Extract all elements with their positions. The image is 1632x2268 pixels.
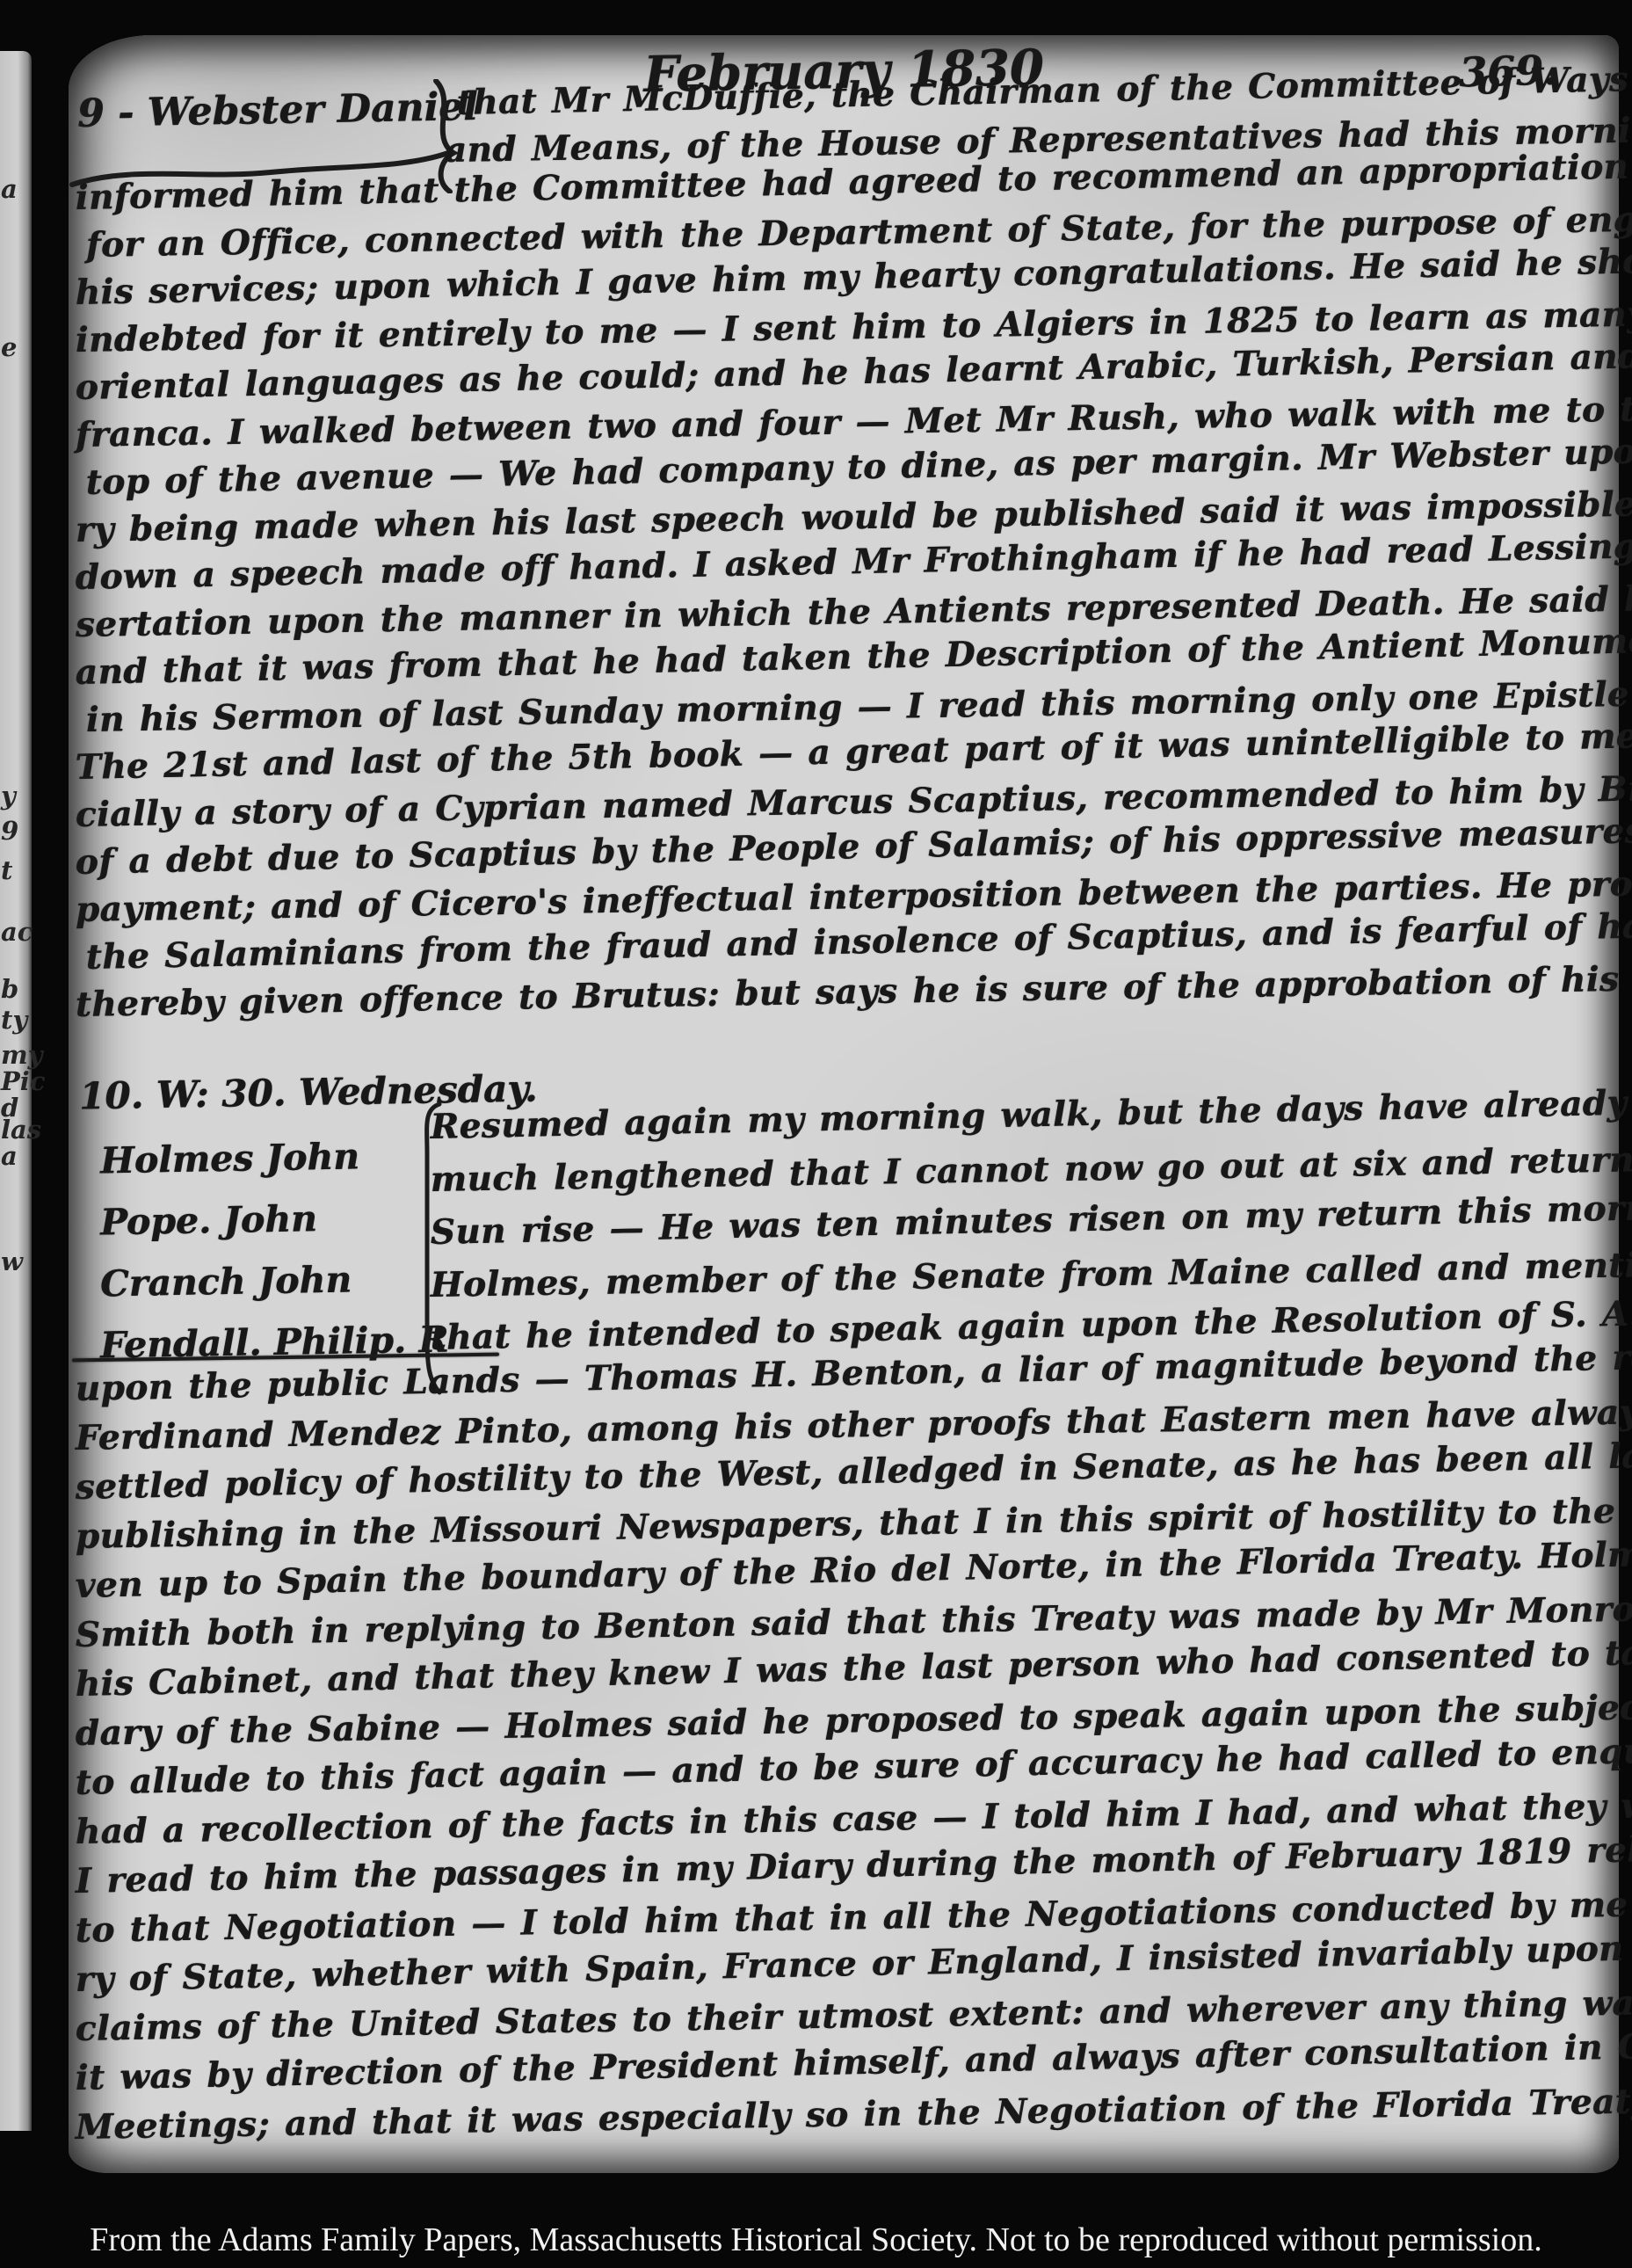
edge-text-fragment: y — [1, 781, 16, 811]
entry-1-text: that Mr McDuffie, the Chairman of the Co… — [76, 79, 1605, 1029]
manuscript-scan: a e y 9 t ac b ty my Pic d las a w Febru… — [0, 0, 1632, 2268]
facing-page-edge: a e y 9 t ac b ty my Pic d las a w — [0, 51, 32, 2131]
edge-text-fragment: 9 — [1, 816, 18, 846]
edge-text-fragment: Pic — [1, 1066, 45, 1096]
entry-2-text-beside-margin: Resumed again my morning walk, but the d… — [431, 1101, 1608, 1364]
margin-name-list: Holmes John Pope. John Cranch John Fenda… — [100, 1127, 448, 1373]
edge-text-fragment: b — [1, 974, 18, 1004]
edge-text-fragment: w — [1, 1247, 23, 1276]
margin-name: Pope. John — [99, 1186, 449, 1254]
entry-2-text: upon the public Lands — Thomas H. Benton… — [76, 1364, 1605, 2152]
edge-text-fragment: ac — [1, 917, 33, 947]
edge-text-fragment: a — [1, 1141, 18, 1171]
attribution-caption: From the Adams Family Papers, Massachuse… — [0, 2221, 1632, 2259]
edge-text-fragment: a — [1, 174, 18, 204]
margin-name: Cranch John — [99, 1247, 449, 1315]
margin-name: Holmes John — [99, 1124, 449, 1192]
edge-text-fragment: t — [1, 855, 12, 885]
edge-text-fragment: ty — [1, 1005, 27, 1035]
edge-text-fragment: las — [1, 1115, 41, 1145]
edge-text-fragment: e — [1, 332, 17, 362]
diary-page: February 1830 369. 9 - Webster Daniel th… — [69, 35, 1619, 2173]
edge-text-fragment: my — [1, 1040, 43, 1070]
